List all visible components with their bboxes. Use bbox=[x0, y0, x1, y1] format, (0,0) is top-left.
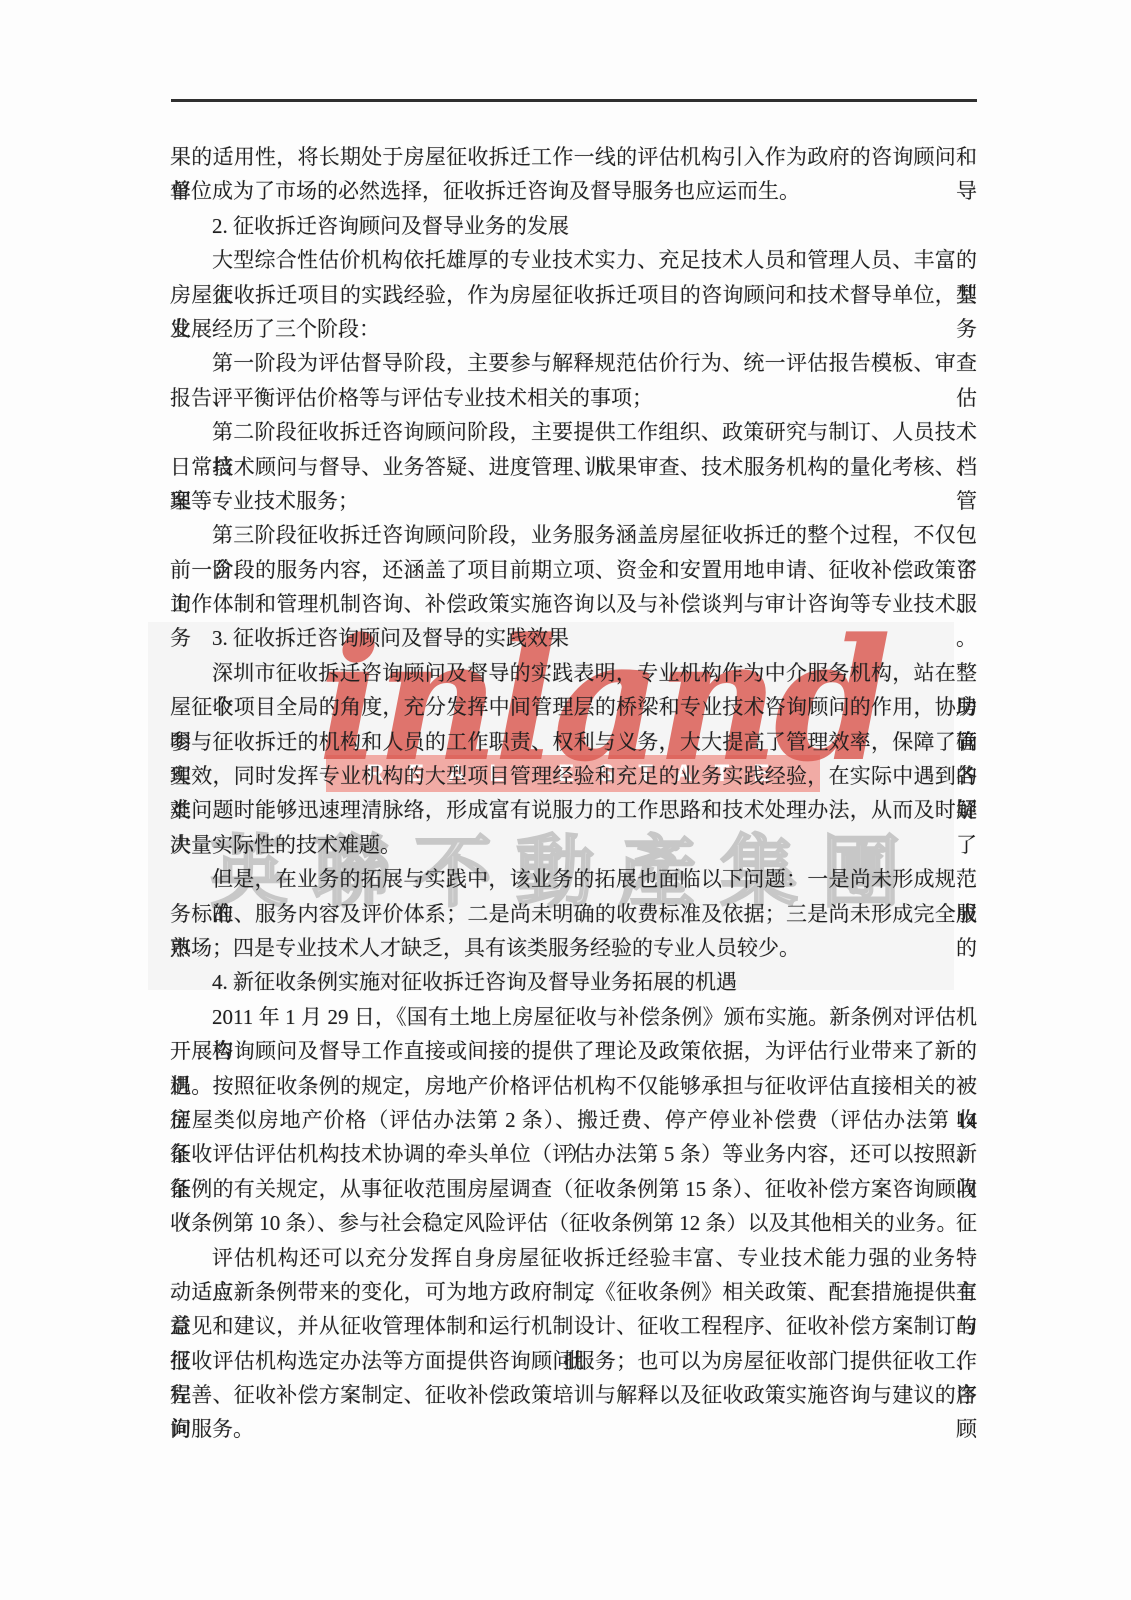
text-line: 前一阶段的服务内容，还涵盖了项目前期立项、资金和安置用地申请、征收补偿政策咨询、 bbox=[170, 553, 977, 587]
text-line: 大型综合性估价机构依托雄厚的专业技术实力、充足技术人员和管理人员、丰富的大型 bbox=[170, 243, 977, 277]
text-line: 深圳市征收拆迁咨询顾问及督导的实践表明，专业机构作为中介服务机构，站在整个房 bbox=[170, 656, 977, 690]
text-line: 第一阶段为评估督导阶段，主要参与解释规范估价行为、统一评估报告模板、审查评估 bbox=[170, 346, 977, 380]
header-separator-rule bbox=[171, 99, 977, 102]
text-line: 2. 征收拆迁咨询顾问及督导业务的发展 bbox=[170, 209, 977, 243]
text-line: 务标准、服务内容及评价体系；二是尚未明确的收费标准及依据；三是尚未形成完全成熟的 bbox=[170, 897, 977, 931]
text-line: 房屋征收拆迁项目的实践经验，作为房屋征收拆迁项目的咨询顾问和技术督导单位，其业务 bbox=[170, 278, 977, 312]
text-line: 第三阶段征收拆迁咨询顾问阶段，业务服务涵盖房屋征收拆迁的整个过程，不仅包含了 bbox=[170, 518, 977, 552]
text-line: 参与征收拆迁的机构和人员的工作职责、权利与义务，大大提高了管理效率，保障了管理的 bbox=[170, 725, 977, 759]
text-line: 果的适用性，将长期处于房屋征收拆迁工作一线的评估机构引入作为政府的咨询顾问和督导 bbox=[170, 140, 977, 174]
document-page: REAL ESTATE inland 英聯不動產集團 果的适用性，将长期处于房屋… bbox=[0, 0, 1131, 1600]
text-line: 4. 新征收条例实施对征收拆迁咨询及督导业务拓展的机遇 bbox=[170, 965, 977, 999]
text-line: 征收评估评估机构技术协调的牵头单位（评估办法第 5 条）等业务内容，还可以按照新… bbox=[170, 1137, 977, 1171]
text-line: 房屋类似房地产价格（评估办法第 2 条）、搬迁费、停产停业补偿费（评估办法第 1… bbox=[170, 1103, 977, 1137]
text-line: 动适应新条例带来的变化，可为地方政府制定《征收条例》相关政策、配套措施提供有益的 bbox=[170, 1275, 977, 1309]
document-body-text: 果的适用性，将长期处于房屋征收拆迁工作一线的评估机构引入作为政府的咨询顾问和督导… bbox=[170, 140, 977, 1447]
text-line: 意见和建议，并从征收管理体制和运行机制设计、征收工程程序、征收补偿方案制订与报批… bbox=[170, 1309, 977, 1343]
text-line: 完善、征收补偿方案制定、征收补偿政策培训与解释以及征收政策实施咨询与建议的咨询顾 bbox=[170, 1378, 977, 1412]
text-line: 第二阶段征收拆迁咨询顾问阶段，主要提供工作组织、政策研究与制订、人员技术培训、 bbox=[170, 415, 977, 449]
text-line: 收条例第 10 条）、参与社会稳定风险评估（征收条例第 12 条）以及其他相关的… bbox=[170, 1206, 977, 1240]
text-line: 开展咨询顾问及督导工作直接或间接的提供了理论及政策依据，为评估行业带来了新的机 bbox=[170, 1034, 977, 1068]
text-line: 评估机构还可以充分发挥自身房屋征收拆迁经验丰富、专业技术能力强的业务特点，主 bbox=[170, 1241, 977, 1275]
text-line: 条例的有关规定，从事征收范围房屋调查（征收条例第 15 条）、征收补偿方案咨询顾… bbox=[170, 1172, 977, 1206]
text-line: 但是，在业务的拓展与实践中，该业务的拓展也面临以下问题：一是尚未形成规范的服 bbox=[170, 862, 977, 896]
text-line: 工作体制和管理机制咨询、补偿政策实施咨询以及与补偿谈判与审计咨询等专业技术服务。 bbox=[170, 587, 977, 621]
text-line: 2011 年 1 月 29 日，《国有土地上房屋征收与补偿条例》颁布实施。新条例… bbox=[170, 1000, 977, 1034]
text-line: 难问题时能够迅速理清脉络，形成富有说服力的工作思路和技术处理办法，从而及时解决了 bbox=[170, 793, 977, 827]
text-line: 征收评估机构选定办法等方面提供咨询顾问服务；也可以为房屋征收部门提供征收工作程序 bbox=[170, 1344, 977, 1378]
text-line: 屋征收项目全局的角度，充分发挥中间管理层的桥梁和专业技术咨询顾问的作用，协助明确 bbox=[170, 690, 977, 724]
text-line: 遇。按照征收条例的规定，房地产价格评估机构不仅能够承担与征收评估直接相关的被征收 bbox=[170, 1069, 977, 1103]
text-line: 日常技术顾问与督导、业务答疑、进度管理、成果审查、技术服务机构的量化考核、档案管 bbox=[170, 450, 977, 484]
text-line: 实效，同时发挥专业机构的大型项目管理经验和充足的业务实践经验，在实际中遇到各类疑 bbox=[170, 759, 977, 793]
